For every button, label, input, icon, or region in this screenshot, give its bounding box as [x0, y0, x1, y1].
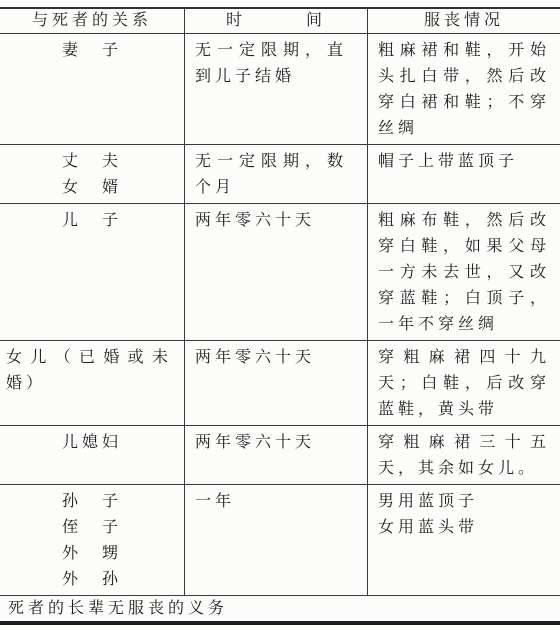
mourning-line: 男用蓝顶子: [378, 489, 550, 515]
page: { "colors": { "paper": "#fcfcfa", "ink":…: [0, 0, 560, 630]
relation-line: 外 孙: [6, 567, 178, 593]
relation-cell: 妻 子: [0, 34, 185, 144]
table-row: 儿媳妇两年零六十天穿粗麻裙三十五天，其余如女儿。: [0, 426, 560, 485]
mourning-line: 粗麻布鞋，然后改穿白鞋，如果父母一方未去世，又改穿蓝鞋；白顶子，一年不穿丝绸: [378, 208, 550, 338]
time-text: 两年零六十天: [195, 208, 347, 234]
relation-cell: 儿 子: [0, 204, 185, 340]
relation-line: 女儿（已婚或未婚）: [6, 345, 172, 397]
table-row: 儿 子两年零六十天粗麻布鞋，然后改穿白鞋，如果父母一方未去世，又改穿蓝鞋；白顶子…: [0, 204, 560, 341]
relation-cell: 儿媳妇: [0, 426, 185, 484]
time-text: 一年: [195, 489, 347, 515]
relation-cell: 丈 夫女 婿: [0, 145, 185, 203]
relation-line: 妻 子: [6, 38, 178, 64]
relation-line: 侄 子: [6, 515, 178, 541]
relation-line: 儿 子: [6, 208, 178, 234]
table-footer-note: 死者的长辈无服丧的义务: [0, 596, 560, 625]
relation-cell: 女儿（已婚或未婚）: [0, 341, 185, 425]
relation-line: 外 甥: [6, 541, 178, 567]
time-cell: 两年零六十天: [185, 426, 368, 484]
column-header-time: 时 间: [185, 9, 368, 33]
relation-line: 女 婿: [6, 175, 178, 201]
column-header-mourning: 服丧情况: [368, 9, 560, 33]
table-row: 妻 子无一定限期，直到儿子结婚粗麻裙和鞋，开始头扎白带，然后改穿白裙和鞋；不穿丝…: [0, 34, 560, 145]
relation-line: 丈 夫: [6, 149, 178, 175]
mourning-table: 与死者的关系 时 间 服丧情况 妻 子无一定限期，直到儿子结婚粗麻裙和鞋，开始头…: [0, 7, 560, 625]
table-row: 丈 夫女 婿无一定限期，数个月帽子上带蓝顶子: [0, 145, 560, 204]
time-cell: 两年零六十天: [185, 204, 368, 340]
mourning-line: 粗麻裙和鞋，开始头扎白带，然后改穿白裙和鞋；不穿丝绸: [378, 38, 550, 142]
mourning-cell: 粗麻布鞋，然后改穿白鞋，如果父母一方未去世，又改穿蓝鞋；白顶子，一年不穿丝绸: [368, 204, 560, 340]
table-row: 孙 子侄 子外 甥外 孙一年男用蓝顶子女用蓝头带: [0, 485, 560, 596]
time-text: 无一定限期，直到儿子结婚: [195, 38, 347, 90]
relation-cell: 孙 子侄 子外 甥外 孙: [0, 485, 185, 595]
mourning-line: 女用蓝头带: [378, 515, 550, 541]
table-header-row: 与死者的关系 时 间 服丧情况: [0, 9, 560, 34]
table-row: 女儿（已婚或未婚）两年零六十天穿粗麻裙四十九天；白鞋，后改穿蓝鞋，黄头带: [0, 341, 560, 426]
relation-line: 孙 子: [6, 489, 178, 515]
time-text: 无一定限期，数个月: [195, 149, 347, 201]
mourning-cell: 穿粗麻裙三十五天，其余如女儿。: [368, 426, 560, 484]
time-cell: 无一定限期，数个月: [185, 145, 368, 203]
table-body: 妻 子无一定限期，直到儿子结婚粗麻裙和鞋，开始头扎白带，然后改穿白裙和鞋；不穿丝…: [0, 34, 560, 596]
time-text: 两年零六十天: [195, 430, 347, 456]
mourning-line: 穿粗麻裙三十五天，其余如女儿。: [378, 430, 550, 482]
time-cell: 两年零六十天: [185, 341, 368, 425]
mourning-cell: 粗麻裙和鞋，开始头扎白带，然后改穿白裙和鞋；不穿丝绸: [368, 34, 560, 144]
time-text: 两年零六十天: [195, 345, 347, 371]
mourning-cell: 男用蓝顶子女用蓝头带: [368, 485, 560, 595]
mourning-cell: 帽子上带蓝顶子: [368, 145, 560, 203]
time-cell: 一年: [185, 485, 368, 595]
time-cell: 无一定限期，直到儿子结婚: [185, 34, 368, 144]
column-header-relation: 与死者的关系: [0, 9, 185, 33]
mourning-line: 帽子上带蓝顶子: [378, 149, 550, 175]
relation-line: 儿媳妇: [6, 430, 178, 456]
mourning-cell: 穿粗麻裙四十九天；白鞋，后改穿蓝鞋，黄头带: [368, 341, 560, 425]
scanned-table-page: 与死者的关系 时 间 服丧情况 妻 子无一定限期，直到儿子结婚粗麻裙和鞋，开始头…: [0, 0, 560, 625]
mourning-line: 穿粗麻裙四十九天；白鞋，后改穿蓝鞋，黄头带: [378, 345, 550, 423]
